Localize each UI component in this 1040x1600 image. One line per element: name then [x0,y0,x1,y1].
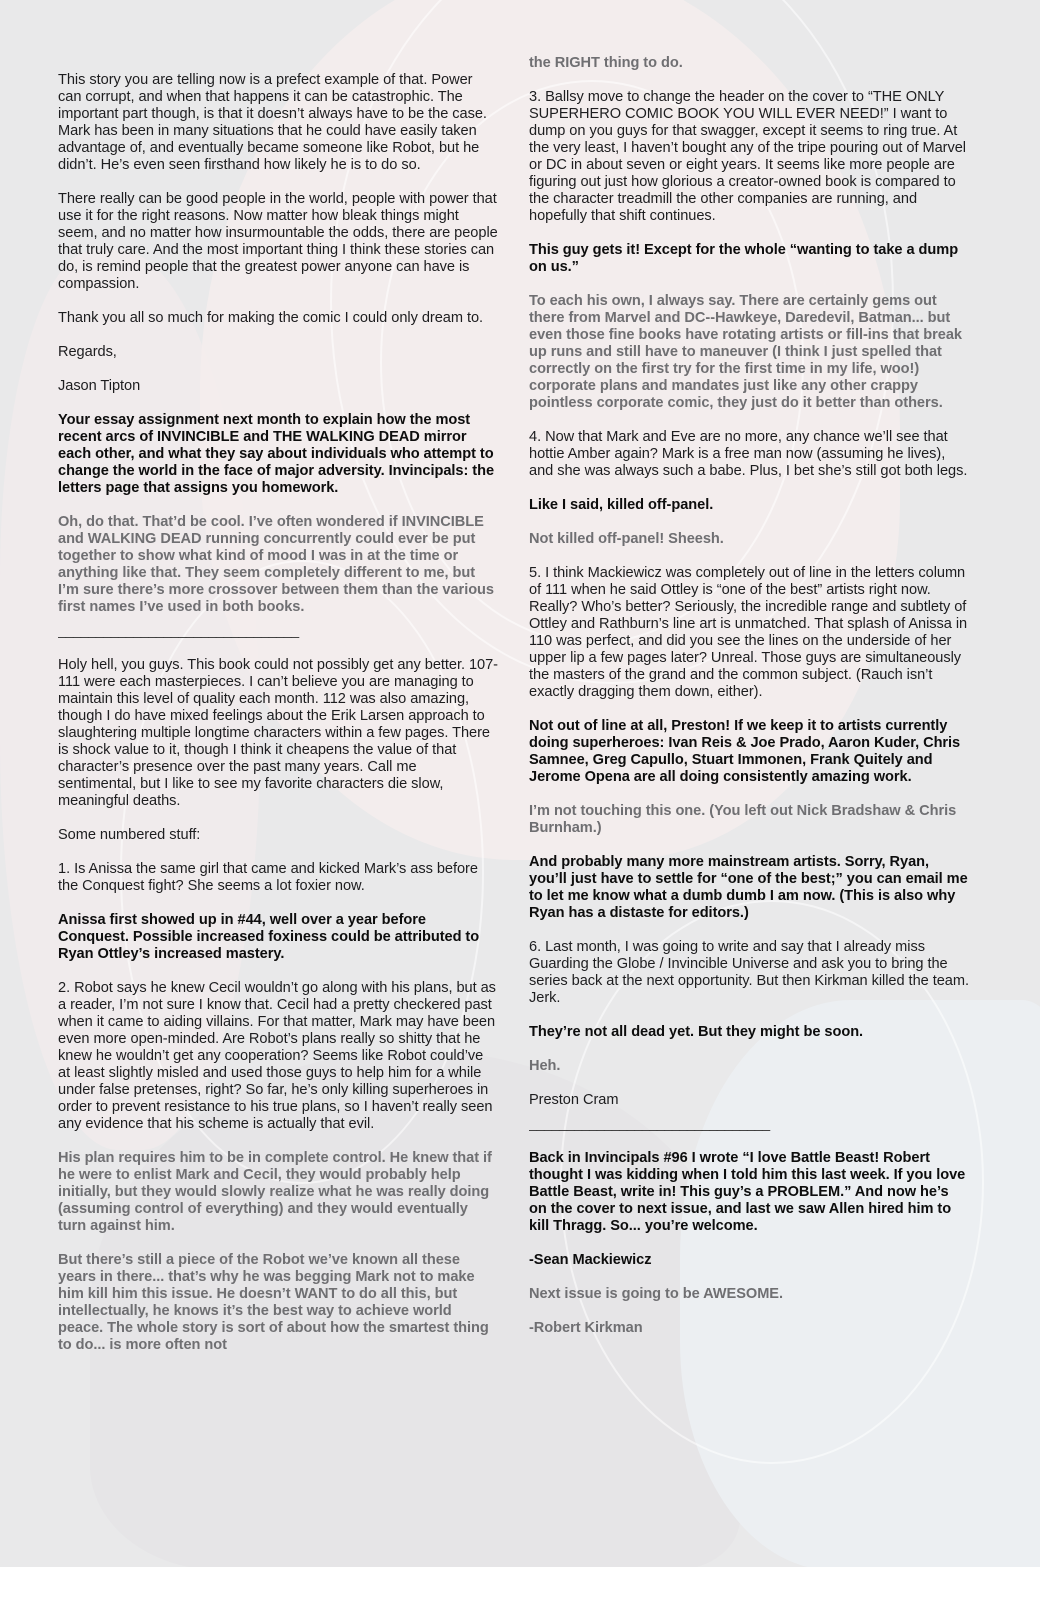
kirkman-response: the RIGHT thing to do. [529,55,969,72]
editor-response: Anissa first showed up in #44, well over… [58,912,498,963]
reader-paragraph: Some numbered stuff: [58,827,498,844]
editor-response: This guy gets it! Except for the whole “… [529,242,969,276]
letters-page: This story you are telling now is a pref… [0,0,1040,1567]
kirkman-response: I’m not touching this one. (You left out… [529,803,969,837]
reader-question: 5. I think Mackiewicz was completely out… [529,565,969,701]
reader-paragraph: Thank you all so much for making the com… [58,310,498,327]
editor-response: Your essay assignment next month to expl… [58,412,498,497]
kirkman-response: Heh. [529,1058,969,1075]
left-column: This story you are telling now is a pref… [58,72,498,1371]
reader-paragraph: There really can be good people in the w… [58,191,498,293]
editor-signature: -Sean Mackiewicz [529,1252,969,1269]
reader-question: 6. Last month, I was going to write and … [529,939,969,1007]
letter-divider: ________________________________ [58,623,498,640]
kirkman-response: Oh, do that. That’d be cool. I’ve often … [58,514,498,616]
letter-signature: Jason Tipton [58,378,498,395]
letter-divider: ________________________________ [529,1116,969,1133]
kirkman-signature: -Robert Kirkman [529,1320,969,1337]
reader-paragraph: Holy hell, you guys. This book could not… [58,657,498,810]
reader-question: 4. Now that Mark and Eve are no more, an… [529,429,969,480]
kirkman-response: Next issue is going to be AWESOME. [529,1286,969,1303]
editor-response: And probably many more mainstream artist… [529,854,969,922]
reader-question: 2. Robot says he knew Cecil wouldn’t go … [58,980,498,1133]
kirkman-response: To each his own, I always say. There are… [529,293,969,412]
editor-response: Back in Invincipals #96 I wrote “I love … [529,1150,969,1235]
letter-signature: Preston Cram [529,1092,969,1109]
right-column: the RIGHT thing to do. 3. Ballsy move to… [529,55,969,1354]
kirkman-response: Not killed off-panel! Sheesh. [529,531,969,548]
letter-closing: Regards, [58,344,498,361]
kirkman-response: But there’s still a piece of the Robot w… [58,1252,498,1354]
editor-response: Like I said, killed off-panel. [529,497,969,514]
editor-response: They’re not all dead yet. But they might… [529,1024,969,1041]
reader-question: 3. Ballsy move to change the header on t… [529,89,969,225]
kirkman-response: His plan requires him to be in complete … [58,1150,498,1235]
reader-paragraph: This story you are telling now is a pref… [58,72,498,174]
reader-question: 1. Is Anissa the same girl that came and… [58,861,498,895]
editor-response: Not out of line at all, Preston! If we k… [529,718,969,786]
